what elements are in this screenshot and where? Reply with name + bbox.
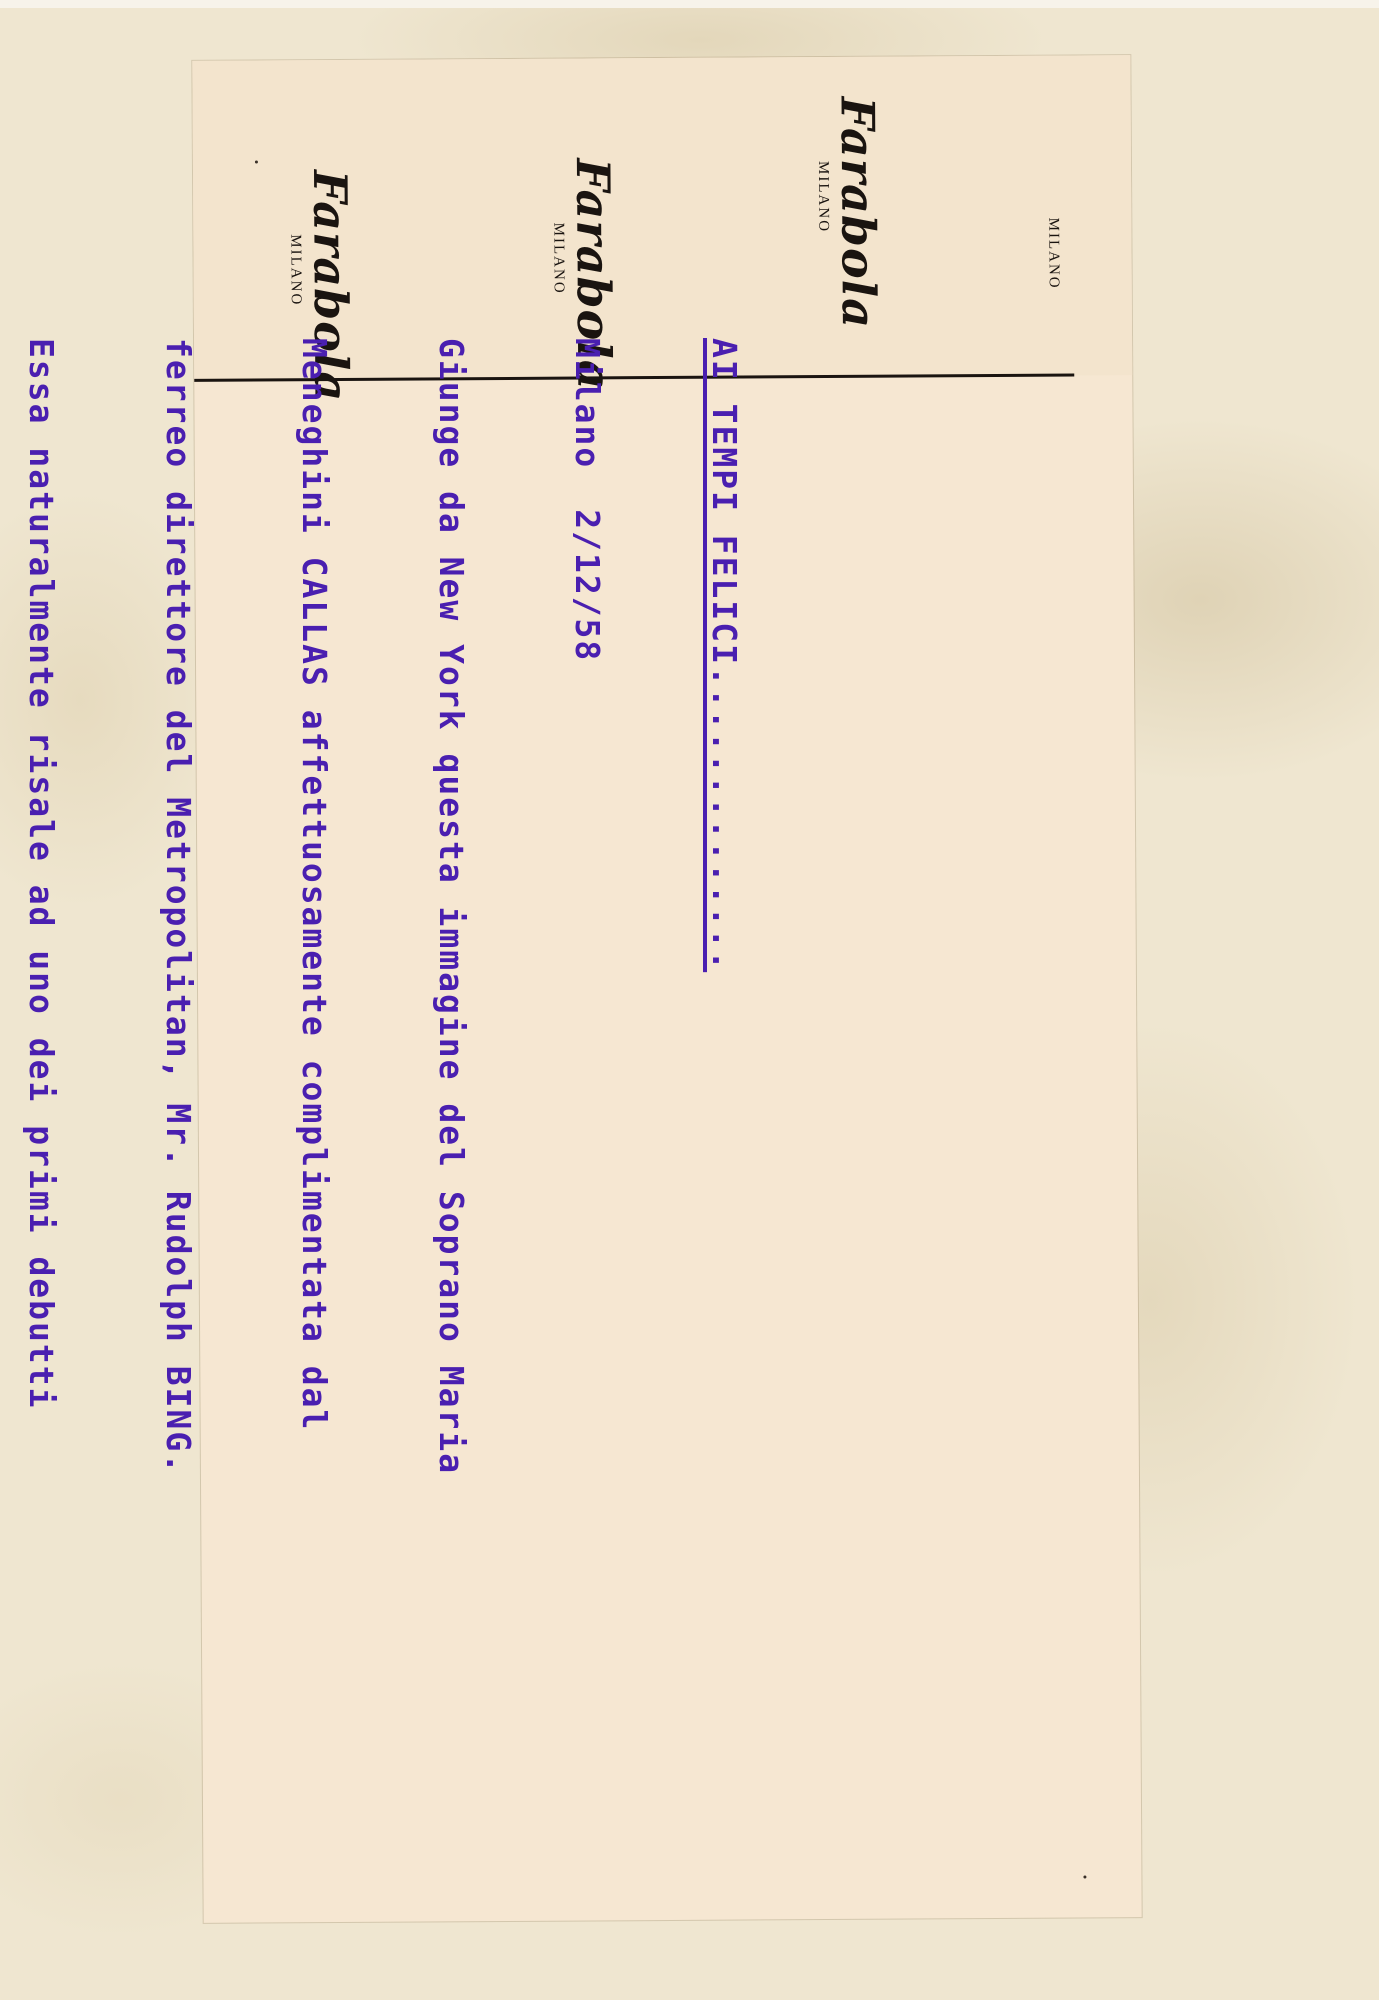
agency-stamp: Farabola MILANO <box>528 158 619 359</box>
caption-line: Meneghini CALLAS affettuosamente complim… <box>292 338 338 1838</box>
dateline-place: Milano <box>565 338 611 469</box>
dateline-date: 2/12/58 <box>569 509 608 662</box>
caption-headline-line: AI TEMPI FELICI.............. <box>702 338 748 1838</box>
scan-edge <box>0 0 1379 8</box>
caption-headline: AI TEMPI FELICI.............. <box>702 338 748 972</box>
stamp-brand: Farabola <box>568 158 619 358</box>
caption-line: Giunge da New York questa immagine del S… <box>429 338 475 1838</box>
typed-caption: AI TEMPI FELICI.............. Milano2/12… <box>0 338 838 1838</box>
agency-stamp: Farabola MILANO <box>793 97 884 298</box>
caption-line: Essa naturalmente risale ad uno dei prim… <box>19 338 65 1838</box>
stamp-cut-fragment: MILANO <box>1044 194 1069 314</box>
caption-dateline: Milano2/12/58 <box>565 338 611 1838</box>
ink-speck <box>1083 1875 1086 1878</box>
caption-line: ferreo direttore del Metropolitan, Mr. R… <box>156 338 202 1838</box>
stamp-brand: Farabola <box>833 97 884 297</box>
ink-speck <box>255 160 258 163</box>
